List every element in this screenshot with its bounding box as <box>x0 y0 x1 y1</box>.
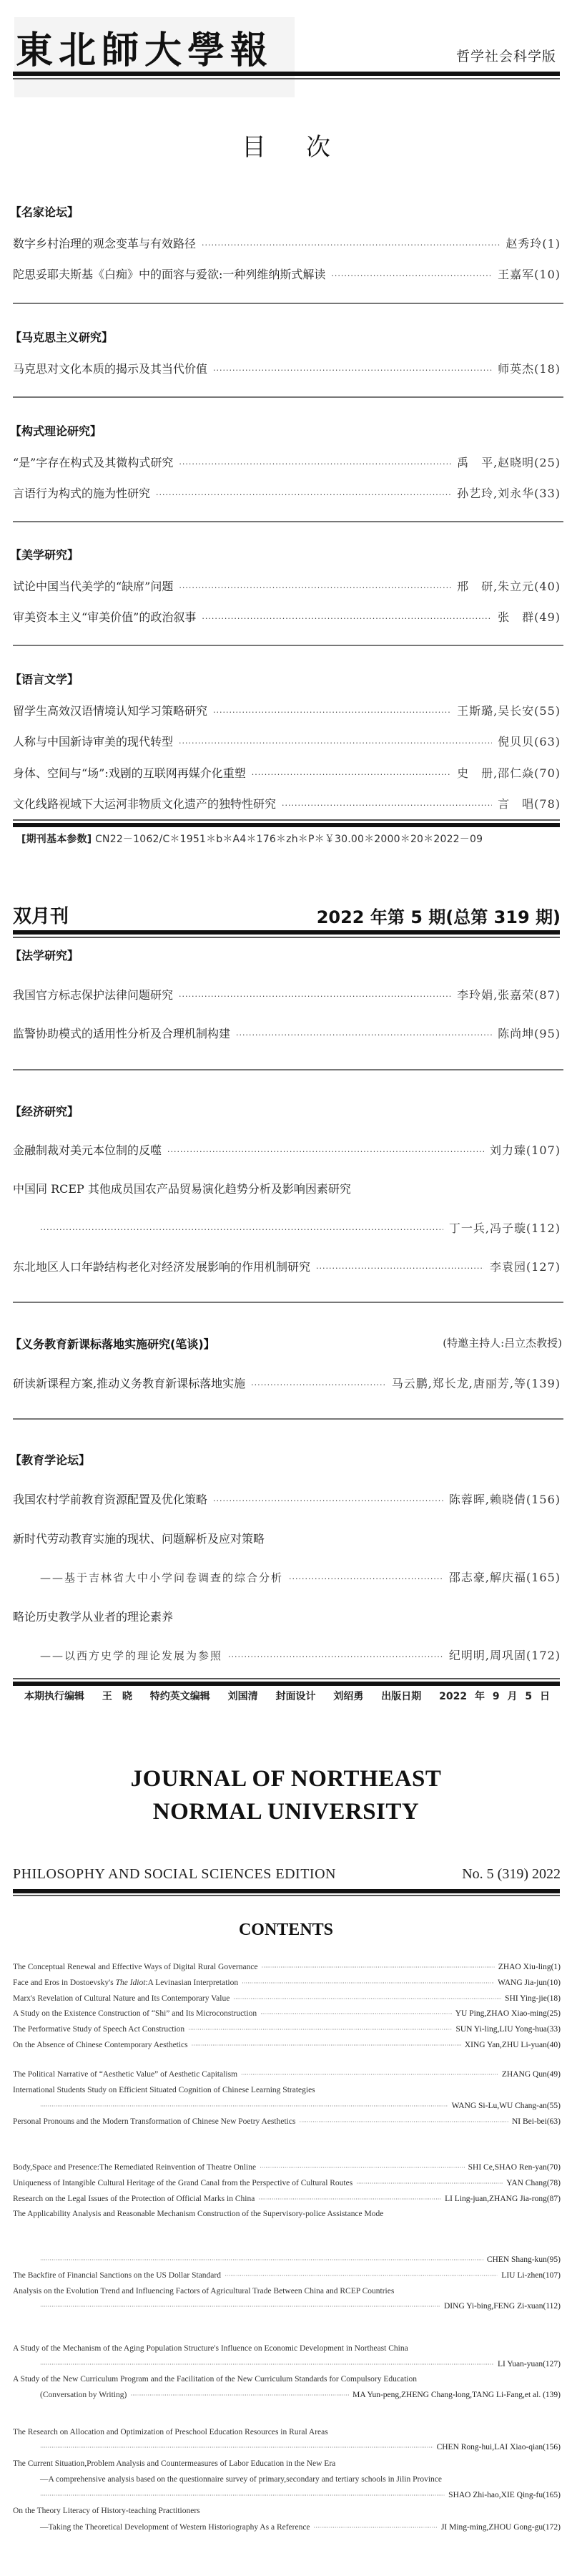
entry-author-page: MA Yun-peng,ZHENG Chang-long,TANG Li-Fan… <box>352 2391 561 2399</box>
section-heading: 【语言文学】 <box>10 670 79 687</box>
entry-title: Analysis on the Evolution Trend and Infl… <box>13 2287 394 2296</box>
entry-title-continuation: (Conversation by Writing) <box>40 2391 127 2399</box>
entry-author-page: JI Ming-ming,ZHOU Gong-gu(172) <box>441 2523 561 2532</box>
entry-title: 新时代劳动教育实施的现状、问题解析及应对策略 <box>13 1530 265 1546</box>
toc-entry[interactable]: “是”字存在构式及其微构式研究 禹 平,赵晓明(25) <box>13 454 561 469</box>
entry-title: 言语行为构式的施为性研究 <box>13 484 150 501</box>
entry-subtitle: —Taking the Theoretical Development of W… <box>40 2523 310 2532</box>
leader-dots <box>260 2011 452 2017</box>
en-toc-entry-continuation[interactable]: (Conversation by Writing) MA Yun-peng,ZH… <box>40 2391 561 2402</box>
en-toc-entry-continuation[interactable]: CHEN Shang-kun(95) <box>40 2255 561 2267</box>
entry-title: Body,Space and Presence:The Remediated R… <box>13 2163 256 2172</box>
entry-author-page: LIU Li-zhen(107) <box>501 2271 561 2280</box>
entry-title: A Study of the New Curriculum Program an… <box>13 2375 417 2384</box>
entry-title: 研读新课程方案,推动义务教育新课标落地实施 <box>13 1375 245 1391</box>
entry-author-page: CHEN Shang-kun(95) <box>487 2255 561 2264</box>
english-rule-thin <box>13 1895 560 1896</box>
en-toc-entry-title-line[interactable]: Analysis on the Evolution Trend and Infl… <box>13 2287 561 2298</box>
entry-title: 人称与中国新诗审美的现代转型 <box>13 733 173 749</box>
leader-dots <box>299 2119 508 2125</box>
entry-title: Personal Pronouns and the Modern Transfo… <box>13 2117 295 2126</box>
english-issue: No. 5 (319) 2022 <box>462 1866 561 1883</box>
entry-author-page: 马云鹏,郑长龙,唐丽芳,等(139) <box>392 1375 561 1391</box>
leader-dots <box>40 2303 440 2310</box>
en-toc-entry-continuation[interactable]: WANG Si-Lu,WU Chang-an(55) <box>40 2102 561 2113</box>
entry-author-page: 李玲娟,张嘉荣(87) <box>457 986 561 1002</box>
entry-title: 试论中国当代美学的“缺席”问题 <box>13 577 173 594</box>
section-divider <box>13 1302 563 1303</box>
entry-author-page: ZHANG Qun(49) <box>502 2070 561 2079</box>
toc-entry-subtitle[interactable]: ——基于吉林省大中小学问卷调查的综合分析 邵志豪,解庆福(165) <box>40 1568 561 1584</box>
toc-entry[interactable]: 我国农村学前教育资源配置及优化策略 陈蓉晖,赖晓倩(156) <box>13 1491 561 1506</box>
credits-rule-thick <box>13 1682 560 1686</box>
toc-entry[interactable]: 试论中国当代美学的“缺席”问题 邢 研,朱立元(40) <box>13 577 561 593</box>
section-heading: 【美学研究】 <box>10 546 79 562</box>
en-toc-entry[interactable]: Research on the Legal Issues of the Prot… <box>13 2195 561 2206</box>
entry-title: The Current Situation,Problem Analysis a… <box>13 2459 335 2468</box>
en-toc-entry-continuation[interactable]: CHEN Rong-hui,LAI Xiao-qian(156) <box>40 2443 561 2454</box>
entry-title: 留学生高效汉语情境认知学习策略研究 <box>13 702 207 718</box>
leader-dots <box>179 459 451 469</box>
en-toc-entry-continuation[interactable]: LI Yuan-yuan(127) <box>40 2360 561 2371</box>
publish-date: 2022 年 9 月 5 日 <box>439 1691 550 1702</box>
leader-dots <box>188 2026 452 2033</box>
toc-entry[interactable]: 审美资本主义“审美价值”的政治叙事 张 群(49) <box>13 608 561 624</box>
entry-title: 中国同 RCEP 其他成员国农产品贸易演化趋势分析及影响因素研究 <box>13 1180 351 1196</box>
entry-author-page: SHI Ying-jie(18) <box>505 1994 561 2003</box>
entry-author-page: ZHAO Xiu-ling(1) <box>498 1963 561 1971</box>
entry-author-page: NI Bei-bei(63) <box>512 2117 561 2126</box>
entry-title: 略论历史教学从业者的理论素养 <box>13 1608 173 1624</box>
entry-author-page: SHAO Zhi-hao,XIE Qing-fu(165) <box>448 2491 561 2499</box>
header-rule-thick <box>13 72 560 76</box>
exec-editor-label: 本期执行编辑 <box>24 1691 84 1702</box>
entry-author-page: 王斯璐,吴长安(55) <box>457 702 561 718</box>
entry-title: 我国官方标志保护法律问题研究 <box>13 986 173 1002</box>
credits-rule-thin <box>13 1678 560 1679</box>
leader-dots <box>241 2072 498 2078</box>
en-toc-entry-title-line[interactable]: On the Theory Literacy of History-teachi… <box>13 2507 561 2518</box>
entry-title: 陀思妥耶夫斯基《白痴》中的面容与爱欲:一种列维纳斯式解读 <box>13 265 325 282</box>
en-toc-entry[interactable]: A Study on the Existence Construction of… <box>13 2009 561 2021</box>
leader-dots <box>179 583 451 592</box>
section-heading: 【名家论坛】 <box>10 203 79 220</box>
section-divider <box>13 645 563 646</box>
entry-author-page: 刘力臻(107) <box>490 1141 561 1158</box>
entry-author-page: SHI Ce,SHAO Ren-yan(70) <box>468 2163 561 2172</box>
entry-author-page: 师英杰(18) <box>498 360 561 376</box>
en-toc-entry-continuation[interactable]: SHAO Zhi-hao,XIE Qing-fu(165) <box>40 2491 561 2502</box>
leader-dots <box>316 1264 484 1273</box>
section-divider <box>13 396 563 398</box>
english-edition: PHILOSOPHY AND SOCIAL SCIENCES EDITION <box>13 1866 336 1883</box>
entry-author-page: 倪贝贝(63) <box>498 733 561 749</box>
english-rule-thick <box>13 1889 560 1893</box>
entry-title: The Conceptual Renewal and Effective Way… <box>13 1963 258 1971</box>
entry-title: On the Absence of Chinese Contemporary A… <box>13 2041 188 2049</box>
leader-dots <box>167 1147 484 1156</box>
params-label: [期刊基本参数] <box>21 834 92 845</box>
section-heading: 【构式理论研究】 <box>10 422 102 439</box>
entry-author-page: 丁一兵,冯子璇(112) <box>449 1219 561 1236</box>
section-divider <box>13 1418 563 1420</box>
en-toc-entry[interactable]: Uniqueness of Intangible Cultural Herita… <box>13 2179 561 2190</box>
entry-title: “是”字存在构式及其微构式研究 <box>13 454 173 470</box>
leader-dots <box>40 2103 448 2109</box>
leader-dots <box>331 271 492 280</box>
section-divider <box>13 521 563 522</box>
toc-entry[interactable]: 东北地区人口年龄结构老化对经济发展影响的作用机制研究 李袁园(127) <box>13 1258 561 1274</box>
entry-title: Research on the Legal Issues of the Prot… <box>13 2195 255 2203</box>
entry-subtitle: ——基于吉林省大中小学问卷调查的综合分析 <box>40 1570 283 1585</box>
en-toc-entry[interactable]: The Performative Study of Speech Act Con… <box>13 2025 561 2036</box>
toc-entry[interactable]: 马克思对文化本质的揭示及其当代价值 师英杰(18) <box>13 360 561 376</box>
entry-title: The Backfire of Financial Sanctions on t… <box>13 2271 221 2280</box>
entry-author-page: 孙艺玲,刘永华(33) <box>457 484 561 501</box>
toc-entry[interactable]: 监警协助模式的适用性分析及合理机制构建 陈尚坤(95) <box>13 1025 561 1040</box>
leader-dots <box>40 2444 433 2451</box>
entry-subtitle: —A comprehensive analysis based on the q… <box>40 2475 442 2484</box>
en-toc-entry-title-line[interactable]: The Current Situation,Problem Analysis a… <box>13 2459 561 2471</box>
entry-author-page: 陈尚坤(95) <box>498 1025 561 1041</box>
entry-title: A Study of the Mechanism of the Aging Po… <box>13 2344 408 2353</box>
leader-dots <box>236 1030 492 1040</box>
leader-dots <box>156 490 451 499</box>
entry-author-page: YAN Chang(78) <box>506 2179 561 2187</box>
params-value: CN22－1062/C＊1951＊b＊A4＊176＊zh＊P＊￥30.00＊20… <box>95 834 483 845</box>
leader-dots <box>202 614 492 623</box>
issue-label: 2022 年第 5 期(总第 319 期) <box>317 903 561 928</box>
leader-dots <box>225 2273 498 2279</box>
en-toc-entry[interactable]: The Backfire of Financial Sanctions on t… <box>13 2271 561 2283</box>
en-toc-entry-title-line[interactable]: A Study of the Mechanism of the Aging Po… <box>13 2344 561 2356</box>
leader-dots <box>251 1380 386 1390</box>
leader-dots <box>40 2361 494 2368</box>
leader-dots <box>260 2165 465 2171</box>
toc-entry[interactable]: 陀思妥耶夫斯基《白痴》中的面容与爱欲:一种列维纳斯式解读 王嘉军(10) <box>13 265 561 281</box>
toc-title: 目次 <box>0 127 572 162</box>
en-toc-entry-title-line[interactable]: International Students Study on Efficien… <box>13 2086 561 2097</box>
entry-author-page: XING Yan,ZHU Li-yuan(40) <box>465 2041 561 2049</box>
leader-dots <box>179 992 451 1001</box>
entry-author-page: DING Yi-bing,FENG Zi-xuan(112) <box>444 2302 561 2311</box>
entry-author-page: 李袁园(127) <box>490 1258 561 1274</box>
entry-author-page: 禹 平,赵晓明(25) <box>457 454 561 470</box>
en-toc-entry[interactable]: The Political Narrative of “Aesthetic Va… <box>13 2070 561 2082</box>
leader-dots <box>282 801 492 810</box>
toc-entry[interactable]: 人称与中国新诗审美的现代转型 倪贝贝(63) <box>13 733 561 748</box>
entry-author-page: LI Yuan-yuan(127) <box>498 2360 561 2368</box>
section-heading: 【法学研究】 <box>10 947 79 963</box>
leader-dots <box>314 2524 438 2531</box>
en-toc-entry-title-line[interactable]: A Study of the New Curriculum Program an… <box>13 2375 561 2386</box>
leader-dots <box>40 2257 483 2263</box>
entry-title: On the Theory Literacy of History-teachi… <box>13 2507 200 2515</box>
params-rule-thin <box>13 819 560 821</box>
leader-dots <box>130 2392 349 2399</box>
leader-dots <box>242 1980 494 1986</box>
entry-title: 我国农村学前教育资源配置及优化策略 <box>13 1491 207 1507</box>
toc-entry-continuation[interactable]: 丁一兵,冯子璇(112) <box>40 1219 561 1235</box>
entry-title: 马克思对文化本质的揭示及其当代价值 <box>13 360 207 376</box>
entry-author-page: 言 唱(78) <box>498 795 561 811</box>
contents-heading: CONTENTS <box>0 1921 572 1940</box>
entry-title: A Study on the Existence Construction of… <box>13 2009 257 2018</box>
leader-dots <box>252 770 451 779</box>
entry-title: The Political Narrative of “Aesthetic Va… <box>13 2070 237 2079</box>
section-heading: 【教育学论坛】 <box>10 1451 90 1468</box>
issue-rule-thick <box>13 930 560 935</box>
masthead-logo: 東北師大學報 <box>16 20 273 74</box>
entry-author-page: 纪明明,周巩固(172) <box>449 1646 561 1663</box>
leader-dots <box>213 708 451 717</box>
leader-dots <box>40 1225 443 1234</box>
entry-author-page: 邢 研,朱立元(40) <box>457 577 561 594</box>
entry-title: Uniqueness of Intangible Cultural Herita… <box>13 2179 352 2187</box>
entry-title: International Students Study on Efficien… <box>13 2086 315 2094</box>
toc-entry[interactable]: 研读新课程方案,推动义务教育新课标落地实施 马云鹏,郑长龙,唐丽芳,等(139) <box>13 1375 561 1390</box>
entry-title: 监警协助模式的适用性分析及合理机制构建 <box>13 1025 230 1041</box>
header-rule-thin <box>13 78 560 79</box>
toc-entry[interactable]: 言语行为构式的施为性研究 孙艺玲,刘永华(33) <box>13 484 561 500</box>
section-divider <box>13 1069 563 1070</box>
leader-dots <box>202 240 500 250</box>
edition-label: 哲学社会科学版 <box>456 46 556 65</box>
en-toc-entry[interactable]: Personal Pronouns and the Modern Transfo… <box>13 2117 561 2129</box>
entry-title: The Research on Allocation and Optimizat… <box>13 2428 328 2436</box>
toc-entry[interactable]: 留学生高效汉语情境认知学习策略研究 王斯璐,吴长安(55) <box>13 702 561 718</box>
en-toc-entry[interactable]: Body,Space and Presence:The Remediated R… <box>13 2163 561 2175</box>
entry-author-page: CHEN Rong-hui,LAI Xiao-qian(156) <box>437 2443 561 2451</box>
date-label: 出版日期 <box>381 1691 421 1702</box>
toc-entry-title-line[interactable]: 略论历史教学从业者的理论素养 <box>13 1608 561 1624</box>
en-toc-entry-subtitle[interactable]: —Taking the Theoretical Development of W… <box>40 2523 561 2534</box>
section-heading: 【经济研究】 <box>10 1103 79 1119</box>
section-heading: 【义务教育新课标落地实施研究(笔谈)】 <box>10 1335 215 1352</box>
en-toc-entry-title-line[interactable]: The Applicability Analysis and Reasonabl… <box>13 2210 561 2221</box>
journal-parameters: [期刊基本参数] CN22－1062/C＊1951＊b＊A4＊176＊zh＊P＊… <box>21 831 483 846</box>
entry-title: Face and Eros in Dostoevsky's The Idiot:… <box>13 1979 238 1987</box>
entry-title: 审美资本主义“审美价值”的政治叙事 <box>13 608 196 625</box>
exec-editor: 王 晓 <box>102 1691 132 1702</box>
leader-dots <box>228 1652 443 1662</box>
issue-rule-thin <box>13 937 560 938</box>
en-toc-entry-continuation[interactable]: DING Yi-bing,FENG Zi-xuan(112) <box>40 2302 561 2313</box>
leader-dots <box>233 1996 501 2002</box>
toc-entry[interactable]: 身体、空间与“场”:戏剧的互联网再媒介化重塑 史 册,邵仁焱(70) <box>13 764 561 780</box>
entry-title: 金融制裁对美元本位制的反噬 <box>13 1141 162 1158</box>
entry-author-page: 王嘉军(10) <box>498 265 561 282</box>
en-toc-entry-subtitle[interactable]: —A comprehensive analysis based on the q… <box>40 2475 561 2487</box>
entry-author-page: WANG Si-Lu,WU Chang-an(55) <box>452 2102 561 2110</box>
entry-author-page: WANG Jia-jun(10) <box>498 1979 561 1987</box>
toc-entry[interactable]: 数字乡村治理的观念变革与有效路径 赵秀玲(1) <box>13 235 561 250</box>
english-journal-title-line2: NORMAL UNIVERSITY <box>0 1799 572 1825</box>
entry-author-page: 史 册,邵仁焱(70) <box>457 764 561 781</box>
leader-dots <box>356 2180 503 2187</box>
leader-dots <box>213 1496 443 1506</box>
entry-title: 东北地区人口年龄结构老化对经济发展影响的作用机制研究 <box>13 1258 310 1274</box>
en-toc-entry[interactable]: Marx's Revelation of Cultural Nature and… <box>13 1994 561 2006</box>
entry-title: 身体、空间与“场”:戏剧的互联网再媒介化重塑 <box>13 764 246 781</box>
entry-title: 数字乡村治理的观念变革与有效路径 <box>13 235 196 251</box>
entry-author-page: 张 群(49) <box>498 608 561 625</box>
toc-entry[interactable]: 文化线路视域下大运河非物质文化遗产的独特性研究 言 唱(78) <box>13 795 561 811</box>
section-heading: 【马克思主义研究】 <box>10 328 113 345</box>
en-toc-entry[interactable]: On the Absence of Chinese Contemporary A… <box>13 2041 561 2052</box>
frequency-label: 双月刊 <box>13 902 69 928</box>
toc-entry[interactable]: 我国官方标志保护法律问题研究 李玲娟,张嘉荣(87) <box>13 986 561 1002</box>
en-toc-entry[interactable]: Face and Eros in Dostoevsky's The Idiot:… <box>13 1979 561 1990</box>
entry-author-page: 邵志豪,解庆福(165) <box>449 1568 561 1585</box>
entry-title: The Applicability Analysis and Reasonabl… <box>13 2210 383 2218</box>
section-host-note: (特邀主持人:吕立杰教授) <box>443 1335 562 1350</box>
entry-title: Marx's Revelation of Cultural Nature and… <box>13 1994 230 2003</box>
cover-designer: 刘绍勇 <box>333 1691 363 1702</box>
en-editor: 刘国清 <box>228 1691 258 1702</box>
toc-entry[interactable]: 金融制裁对美元本位制的反噬 刘力臻(107) <box>13 1141 561 1157</box>
toc-entry-title-line[interactable]: 中国同 RCEP 其他成员国农产品贸易演化趋势分析及影响因素研究 <box>13 1180 561 1196</box>
leader-dots <box>213 366 492 375</box>
issue-credits: 本期执行编辑 王 晓 特约英文编辑 刘国清 封面设计 刘绍勇 出版日期 2022… <box>24 1689 560 1703</box>
entry-title: The Performative Study of Speech Act Con… <box>13 2025 184 2034</box>
entry-title: 文化线路视域下大运河非物质文化遗产的独特性研究 <box>13 795 276 811</box>
entry-author-page: YU Ping,ZHAO Xiao-ming(25) <box>455 2009 561 2018</box>
en-toc-entry-title-line[interactable]: The Research on Allocation and Optimizat… <box>13 2428 561 2439</box>
leader-dots <box>40 2492 445 2499</box>
en-editor-label: 特约英文编辑 <box>150 1691 210 1702</box>
leader-dots <box>289 1574 443 1584</box>
entry-subtitle: ——以西方史学的理论发展为参照 <box>40 1648 222 1663</box>
entry-author-page: 赵秀玲(1) <box>506 235 561 251</box>
leader-dots <box>258 2196 441 2202</box>
toc-entry-title-line[interactable]: 新时代劳动教育实施的现状、问题解析及应对策略 <box>13 1530 561 1546</box>
section-divider <box>13 303 563 304</box>
entry-author-page: 陈蓉晖,赖晓倩(156) <box>449 1491 561 1507</box>
entry-author-page: LI Ling-juan,ZHANG Jia-rong(87) <box>445 2195 561 2203</box>
leader-dots <box>262 1964 495 1971</box>
leader-dots <box>179 738 492 748</box>
toc-entry-subtitle[interactable]: ——以西方史学的理论发展为参照 纪明明,周巩固(172) <box>40 1646 561 1662</box>
cover-label: 封面设计 <box>276 1691 316 1702</box>
leader-dots <box>192 2042 461 2049</box>
entry-author-page: SUN Yi-ling,LIU Yong-hua(33) <box>455 2025 561 2034</box>
english-journal-title-line1: JOURNAL OF NORTHEAST <box>0 1766 572 1792</box>
params-rule-thick <box>13 823 560 827</box>
en-toc-entry[interactable]: The Conceptual Renewal and Effective Way… <box>13 1963 561 1974</box>
